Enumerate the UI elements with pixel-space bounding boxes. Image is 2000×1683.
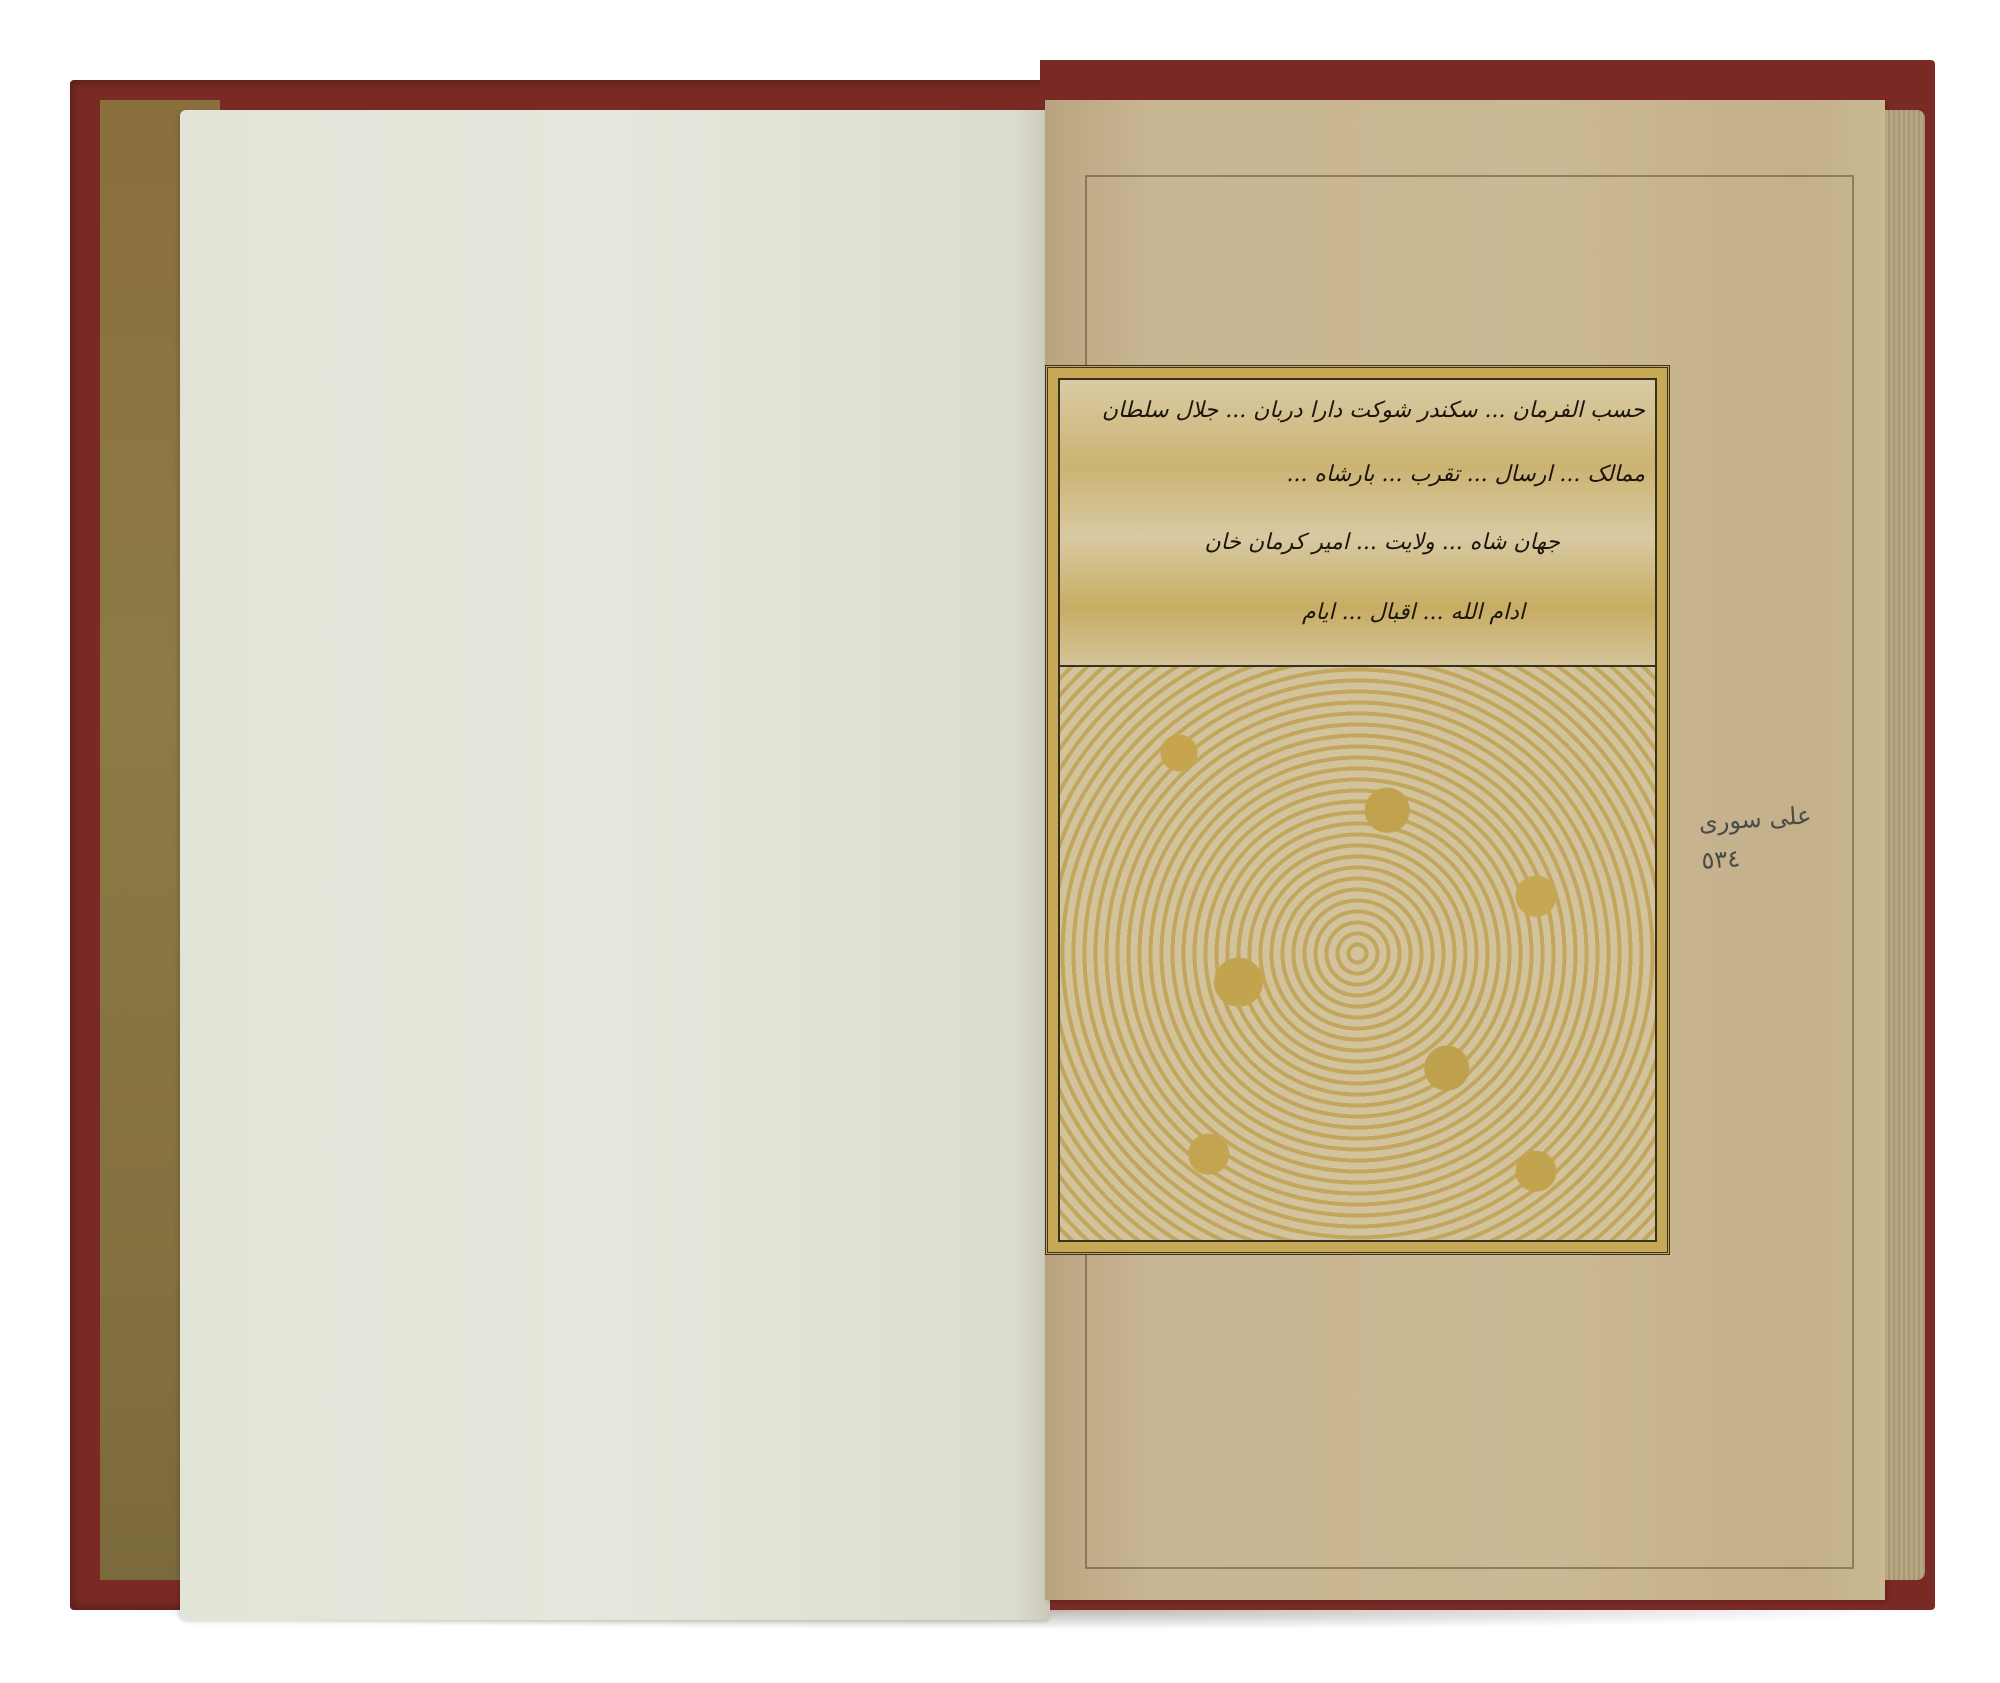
calligraphy-line: ممالک ... ارسال ... تقرب ... بارشاه ... <box>1286 462 1645 487</box>
annotation-line: علی سوری <box>1697 796 1812 842</box>
calligraphy-line: ادام الله ... اقبال ... ایام <box>1302 600 1525 625</box>
annotation-number: ٥٣٤ <box>1700 834 1815 880</box>
blank-flyleaf-page <box>180 110 1050 1620</box>
calligraphy-block: حسب الفرمان ... سکندر شوکت دارا دربان ..… <box>1060 380 1655 667</box>
margin-annotation: علی سوری ٥٣٤ <box>1697 796 1815 880</box>
panel-inner-frame: حسب الفرمان ... سکندر شوکت دارا دربان ..… <box>1058 378 1657 1242</box>
illuminated-panel: حسب الفرمان ... سکندر شوکت دارا دربان ..… <box>1045 365 1670 1255</box>
page-edges <box>1885 110 1925 1580</box>
calligraphy-line: حسب الفرمان ... سکندر شوکت دارا دربان ..… <box>1102 398 1645 423</box>
calligraphy-line: جهان شاه ... ولایت ... امیر کرمان خان <box>1205 530 1560 555</box>
gold-floral-illumination <box>1060 667 1655 1240</box>
